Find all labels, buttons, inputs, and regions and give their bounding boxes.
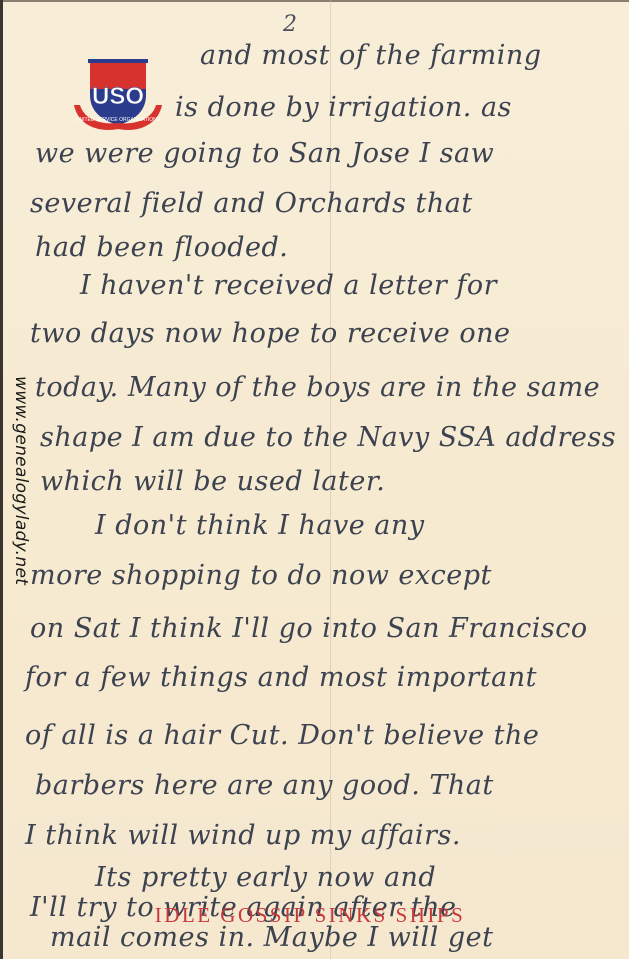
handwritten-line: more shopping to do now except (30, 560, 492, 591)
handwritten-line: I don't think I have any (95, 510, 425, 541)
handwritten-line: I haven't received a letter for (80, 270, 497, 301)
watermark: www.genealogylady.net (9, 376, 35, 676)
page-number: 2 (283, 12, 297, 37)
handwritten-line: two days now hope to receive one (30, 318, 510, 349)
handwritten-line: Its pretty early now and (95, 862, 436, 893)
handwritten-line: on Sat I think I'll go into San Francisc… (30, 613, 588, 644)
handwritten-line: I think will wind up my affairs. (25, 820, 461, 851)
handwritten-line: several field and Orchards that (30, 188, 473, 219)
handwritten-line: we were going to San Jose I saw (35, 138, 494, 169)
footer-slogan: IDLE GOSSIP SINKS SHIPS (130, 903, 490, 928)
handwritten-line: barbers here are any good. That (35, 770, 494, 801)
handwritten-line: today. Many of the boys are in the same (35, 372, 600, 403)
page-top-border (0, 0, 629, 2)
handwritten-line: of all is a hair Cut. Don't believe the (25, 720, 539, 751)
handwritten-line: for a few things and most important (25, 662, 537, 693)
handwritten-line: had been flooded. (35, 232, 288, 263)
letter-page: 2 USO UNITED SERVICE ORGANIZATIONS and m… (0, 0, 629, 959)
handwritten-line: and most of the farming (200, 40, 542, 71)
svg-text:UNITED SERVICE ORGANIZATIONS: UNITED SERVICE ORGANIZATIONS (76, 117, 161, 123)
watermark-text: www.genealogylady.net (11, 376, 31, 585)
handwritten-line: shape I am due to the Navy SSA address (40, 422, 616, 453)
handwritten-line: is done by irrigation. as (175, 92, 512, 123)
uso-logo-icon: USO UNITED SERVICE ORGANIZATIONS (68, 55, 168, 135)
svg-text:USO: USO (92, 83, 144, 110)
handwritten-line: which will be used later. (40, 466, 385, 497)
page-left-edge (0, 0, 3, 959)
